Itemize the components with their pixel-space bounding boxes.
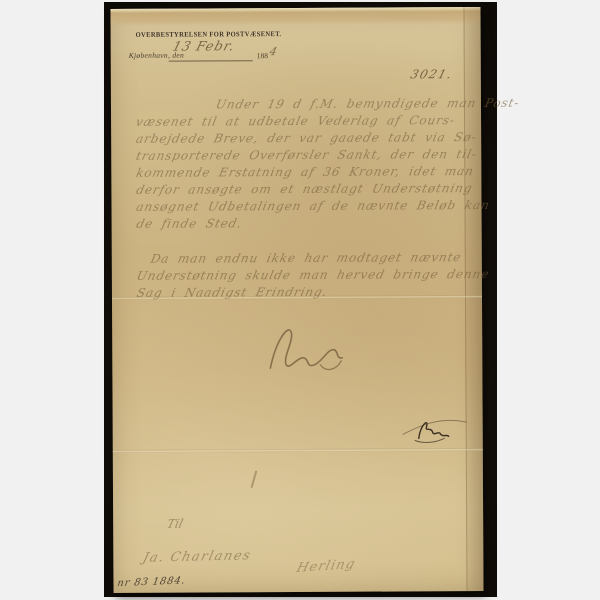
- folded-sheet-top-edge: [110, 7, 480, 26]
- archive-number-note: nr 83 1884.: [116, 575, 186, 589]
- handwriting-line: væsenet til at udbetale Vederlag af Cour…: [134, 112, 521, 131]
- handwriting-line: Da man endnu ikke har modtaget nævnte: [135, 249, 491, 268]
- docket-word: Herling: [295, 557, 357, 576]
- handwriting-line: ansøgnet Udbetalingen af de nævnte Beløb…: [135, 197, 522, 216]
- journal-number: 3021.: [409, 67, 455, 81]
- handwriting-line: kommende Erstatning af 36 Kroner, idet m…: [134, 163, 521, 182]
- fold-crease-lower: [113, 448, 483, 453]
- handwriting-line: transporterede Overførsler Sankt, der de…: [134, 146, 521, 165]
- handwriting-line: derfor ansøgte om et næstlagt Understøtn…: [134, 180, 521, 199]
- photo-of-letter: OVERBESTYRELSEN FOR POSTVÆSENET. Kjøbenh…: [0, 0, 600, 600]
- address-recipient-line: Ja. Charlanes: [141, 548, 253, 565]
- handwriting-line: de finde Sted.: [135, 214, 522, 233]
- letter-paragraph-2: Da man endnu ikke har modtaget nævnte Un…: [135, 249, 488, 302]
- printed-year-prefix: 188: [257, 51, 268, 60]
- address-to-label: Til: [165, 517, 184, 531]
- letterhead-title: OVERBESTYRELSEN FOR POSTVÆSENET.: [136, 30, 282, 39]
- handwriting-line: Understøtning skulde man herved bringe d…: [135, 266, 491, 285]
- letter-sheet: OVERBESTYRELSEN FOR POSTVÆSENET. Kjøbenh…: [110, 7, 483, 593]
- handwritten-year-digit: 4: [268, 45, 278, 58]
- signature-flourish: [262, 320, 352, 375]
- pencil-tick-mark: [251, 470, 258, 488]
- handwriting-line: Under 19 d f.M. bemyndigede man Post-: [134, 95, 521, 114]
- handwriting-line: Sag i Naadigst Erindring.: [135, 283, 491, 302]
- handwritten-date: 13 Febr.: [171, 39, 237, 54]
- clerk-initials-mark: [401, 412, 471, 447]
- letter-paragraph-1: Under 19 d f.M. bemyndigede man Post- væ…: [134, 95, 518, 233]
- handwriting-line: arbejdede Breve, der var gaaede tabt via…: [134, 129, 521, 148]
